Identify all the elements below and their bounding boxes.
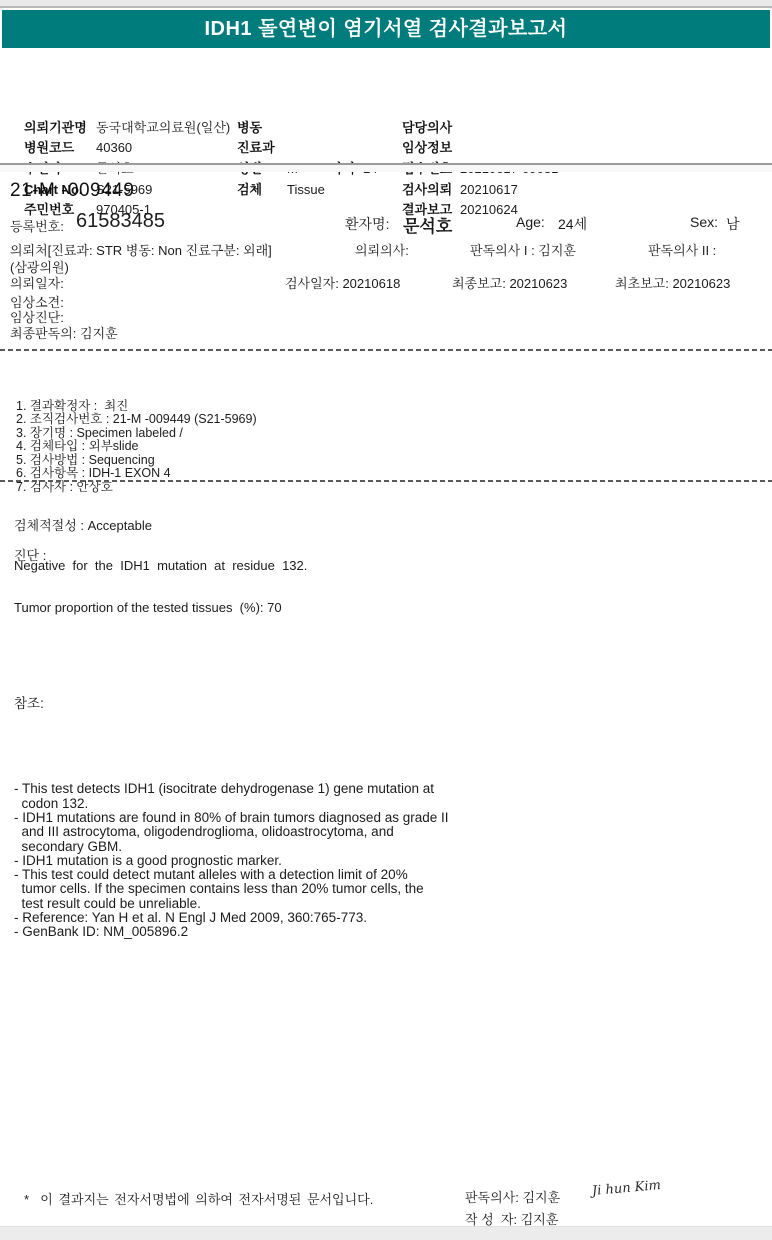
report-title-bar: IDH1 돌연변이 염기서열 검사결과보고서: [2, 10, 770, 48]
reading-doctor-2-label: 판독의사 II :: [648, 240, 716, 259]
tumor-proportion: Tumor proportion of the tested tissues (…: [14, 600, 282, 615]
diagnosis-result: Negative for the IDH1 mutation at residu…: [14, 558, 307, 573]
field-value: Tissue: [287, 180, 330, 201]
header-field-row: 담당의사: [402, 118, 558, 139]
header-field-row: 의뢰기관명동국대학교의료원(일산): [24, 118, 230, 139]
header-field-row: 임상정보: [402, 138, 558, 159]
patient-name: 문석호: [403, 212, 452, 237]
final-report-date: 최종보고: 20210623: [452, 273, 567, 292]
reference-line: and III astrocytoma, oligodendroglioma, …: [14, 825, 449, 839]
field-label: 진료과: [237, 138, 287, 159]
reference-line: secondary GBM.: [14, 840, 449, 854]
age-value: 24세: [558, 214, 587, 234]
reference-line: - IDH1 mutations are found in 80% of bra…: [14, 811, 449, 825]
sex-label: Sex:: [690, 214, 718, 230]
request-date-label: 의뢰일자:: [10, 273, 64, 292]
report-page: IDH1 돌연변이 염기서열 검사결과보고서 의뢰기관명동국대학교의료원(일산)…: [0, 0, 772, 1240]
top-window-strip: [0, 0, 772, 8]
sex-value: 남: [726, 214, 740, 234]
list-line: 3. 장기명 : Specimen labeled /: [16, 427, 257, 441]
specimen-adequacy: 검체적절성 : Acceptable: [14, 515, 152, 534]
header-field-row: 진료과: [237, 138, 378, 159]
patient-name-label: 환자명:: [345, 214, 389, 234]
handwritten-signature: Ji hun Kim: [591, 1178, 661, 1199]
list-line: 2. 조직검사번호 : 21-M -009449 (S21-5969): [16, 413, 257, 427]
reference-line: test result could be unreliable.: [14, 897, 449, 911]
list-line: 1. 결과확정자 : 최진: [16, 400, 257, 414]
footer-reading-doctor: 판독의사: 김지훈: [465, 1187, 560, 1206]
reference-title: 참조:: [14, 697, 449, 711]
header-column-right: 담당의사임상정보접수번호20210617-09031검사의뢰20210617결과…: [402, 56, 558, 221]
reading-doctor-1: 판독의사 I : 김지훈: [470, 240, 576, 259]
header-divider-shade: [0, 165, 772, 172]
reference-line: - Reference: Yan H et al. N Engl J Med 2…: [14, 911, 449, 925]
dashed-separator-bottom: [0, 480, 772, 482]
report-title: IDH1 돌연변이 염기서열 검사결과보고서: [204, 18, 567, 40]
referring-doctor-label: 의뢰의사:: [355, 240, 409, 259]
dashed-separator-top: [0, 349, 772, 351]
header-field-row: 검사의뢰20210617: [402, 180, 558, 201]
first-report-date: 최초보고: 20210623: [615, 273, 730, 292]
field-label: 검체: [237, 180, 287, 201]
header-column-middle: 병동진료과성별M나이24검체Tissue: [237, 56, 378, 200]
reference-line: - GenBank ID: NM_005896.2: [14, 925, 449, 939]
reference-line: - This test detects IDH1 (isocitrate deh…: [14, 782, 449, 796]
reference-lines: - This test detects IDH1 (isocitrate deh…: [14, 739, 449, 939]
specimen-info-list: 1. 결과확정자 : 최진2. 조직검사번호 : 21-M -009449 (S…: [16, 359, 257, 494]
field-label: 임상정보: [402, 138, 460, 159]
field-label: 담당의사: [402, 118, 460, 139]
list-line: 4. 검체타입 : 외부slide: [16, 440, 257, 454]
exam-date: 검사일자: 20210618: [285, 273, 400, 292]
field-label: 의뢰기관명: [24, 118, 96, 139]
reference-line: codon 132.: [14, 797, 449, 811]
list-line: 7. 검사자 : 안상호: [16, 481, 257, 495]
field-value: 동국대학교의료원(일산): [96, 120, 230, 135]
header-field-row: 병동: [237, 118, 378, 139]
case-number: 21-M -009449: [10, 180, 134, 202]
field-label: 병원코드: [24, 138, 96, 159]
field-value: 20210624: [460, 202, 518, 217]
final-reading-doctor: 최종판독의: 김지훈: [10, 323, 118, 342]
field-value: 40360: [96, 140, 132, 155]
age-label: Age:: [516, 214, 545, 230]
reference-line: tumor cells. If the specimen contains le…: [14, 882, 449, 896]
header-field-row: 병원코드40360: [24, 138, 230, 159]
reference-line: - IDH1 mutation is a good prognostic mar…: [14, 854, 449, 868]
header-field-row: 검체Tissue: [237, 180, 378, 201]
list-line: 5. 검사방법 : Sequencing: [16, 454, 257, 468]
list-line: 6. 검사항목 : IDH-1 EXON 4: [16, 467, 257, 481]
field-value: 20210617: [460, 182, 518, 197]
bottom-window-strip: [0, 1226, 772, 1240]
registration-label: 등록번호:: [10, 216, 64, 235]
electronic-signature-notice: * 이 결과지는 전자서명법에 의하여 전자서명된 문서입니다.: [24, 1189, 373, 1208]
field-label: 병동: [237, 118, 287, 139]
field-label: 검사의뢰: [402, 180, 460, 201]
reference-line: - This test could detect mutant alleles …: [14, 868, 449, 882]
reference-block: 참조: - This test detects IDH1 (isocitrate…: [14, 668, 449, 968]
registration-number: 61583485: [76, 210, 165, 233]
